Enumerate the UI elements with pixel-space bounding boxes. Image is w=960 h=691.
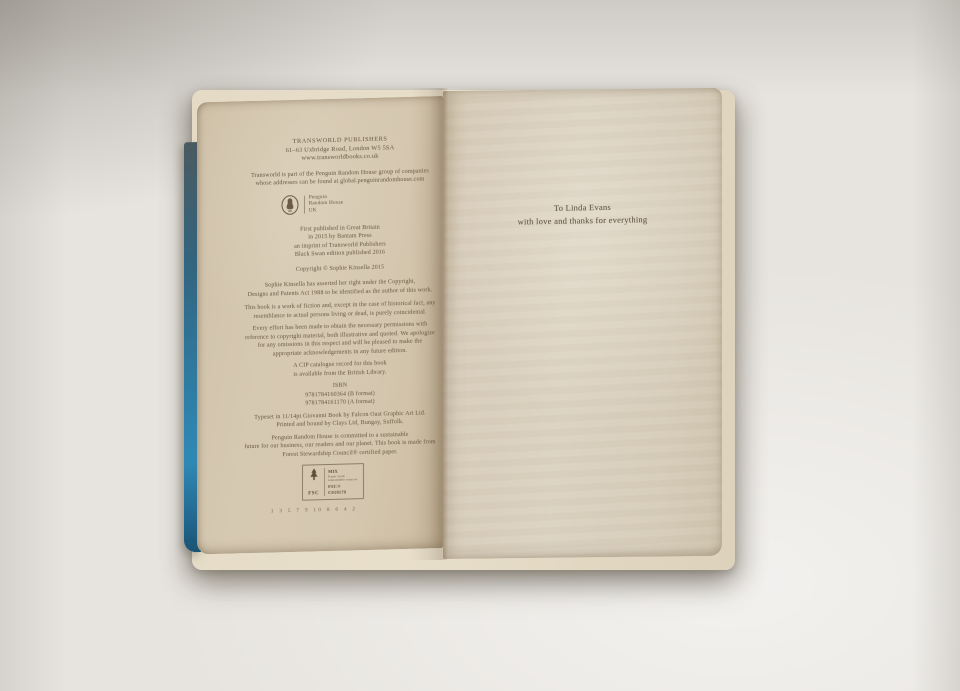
permissions-block: Every effort has been made to obtain the… — [225, 320, 455, 360]
cip-record-block: A CIP catalogue record for this book is … — [225, 358, 455, 381]
fsc-tree-icon — [308, 467, 320, 487]
logo-divider — [304, 195, 305, 213]
imprint-text-column: TRANSWORLD PUBLISHERS 61–63 Uxbridge Roa… — [225, 134, 455, 518]
fsc-mix-text: MIX — [328, 468, 360, 474]
isbn-block: ISBN 9781784160364 (B format) 9781784161… — [225, 379, 455, 411]
penguin-random-house-logo: Penguin Random House UK — [197, 189, 427, 219]
copyright-line: Copyright © Sophie Kinsella 2015 — [225, 261, 455, 276]
right-page: To Linda Evans with love and thanks for … — [443, 88, 722, 559]
left-page: TRANSWORLD PUBLISHERS 61–63 Uxbridge Roa… — [197, 96, 443, 554]
photo-scene: TRANSWORLD PUBLISHERS 61–63 Uxbridge Roa… — [0, 0, 960, 691]
fiction-disclaimer-block: This book is a work of fiction and, exce… — [225, 299, 455, 322]
group-companies-block: Transworld is part of the Penguin Random… — [225, 166, 455, 189]
fsc-cert-number: FSC® C018179 — [328, 484, 360, 496]
fsc-source-text: Paper from responsible sources — [328, 475, 359, 483]
rights-assertion-block: Sophie Kinsella has asserted her right u… — [225, 277, 455, 300]
printers-key-line: 1 3 5 7 9 10 8 6 4 2 — [199, 503, 429, 518]
publisher-address-block: TRANSWORLD PUBLISHERS 61–63 Uxbridge Roa… — [225, 134, 455, 166]
dedication-text: To Linda Evans with love and thanks for … — [443, 199, 722, 230]
fsc-label-divider — [324, 468, 325, 496]
penguin-icon — [281, 194, 299, 214]
fsc-certification-label: FSC MIX Paper from responsible sources F… — [302, 463, 364, 501]
typeset-printer-block: Typeset in 11/14pt Giovanni Book by Falc… — [225, 408, 455, 431]
edition-block: First published in Great Britain in 2015… — [225, 221, 455, 261]
logo-wordmark: Penguin Random House UK — [309, 194, 344, 214]
sustainability-block: Penguin Random House is committed to a s… — [225, 429, 455, 461]
fsc-acronym: FSC — [308, 491, 319, 497]
